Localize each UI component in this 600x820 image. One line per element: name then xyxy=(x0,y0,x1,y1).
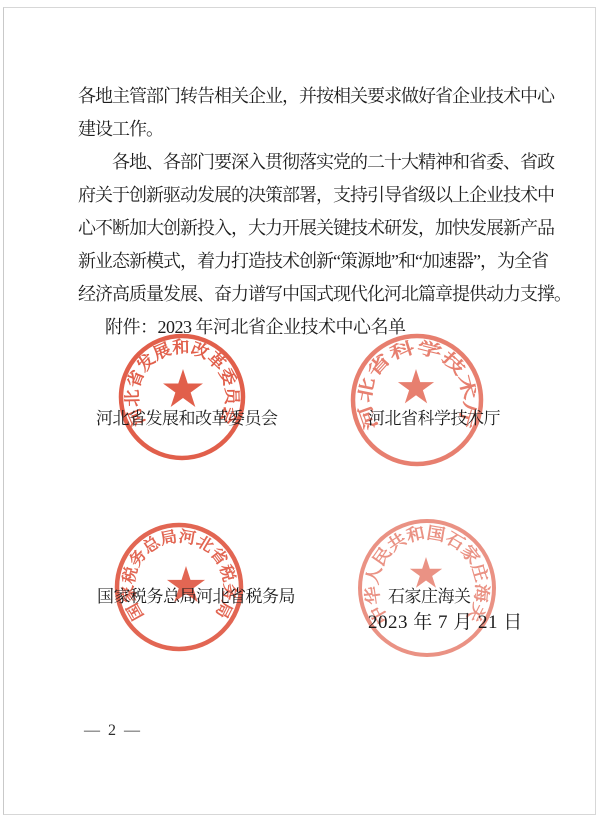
body-line: 建设工作。 xyxy=(78,113,548,146)
scanned-document-page: 各地主管部门转告相关企业，并按相关要求做好省企业技术中心 建设工作。 各地、各部… xyxy=(0,0,600,820)
signatory-name-tax-bureau: 国家税务总局河北省税务局 xyxy=(97,582,295,607)
document-body: 各地主管部门转告相关企业，并按相关要求做好省企业技术中心 建设工作。 各地、各部… xyxy=(78,80,548,311)
signatory-name-development-reform-commission: 河北省发展和改革委员会 xyxy=(96,404,278,429)
body-line: 新业态新模式，着力打造技术创新“策源地”和“加速器”，为全省 xyxy=(78,245,548,278)
attachment-line: 附件：2023 年河北省企业技术中心名单 xyxy=(105,313,406,339)
document-date: 2023 年 7 月 21 日 xyxy=(368,607,523,634)
official-seal-development-reform-commission: 河北省发展和改革委员会 xyxy=(118,333,246,461)
body-line: 心不断加大创新投入，大力开展关键技术研发，加快发展新产品 xyxy=(78,212,548,245)
seal-star-icon xyxy=(163,369,203,407)
body-line: 各地主管部门转告相关企业，并按相关要求做好省企业技术中心 xyxy=(78,80,548,113)
body-line: 经济高质量发展、奋力谱写中国式现代化河北篇章提供动力支撑。 xyxy=(78,278,548,311)
official-seal-science-technology-dept: 河北省科学技术厅 xyxy=(350,333,484,467)
page-number: — 2 — xyxy=(84,722,142,740)
seal-star-icon xyxy=(398,369,434,403)
body-line: 府关于创新驱动发展的决策部署，支持引导省级以上企业技术中 xyxy=(78,179,548,212)
body-line: 各地、各部门要深入贯彻落实党的二十大精神和省委、省政 xyxy=(78,146,548,179)
signatory-name-science-technology-dept: 河北省科学技术厅 xyxy=(368,404,500,429)
signatory-name-shijiazhuang-customs: 石家庄海关 xyxy=(388,582,471,607)
